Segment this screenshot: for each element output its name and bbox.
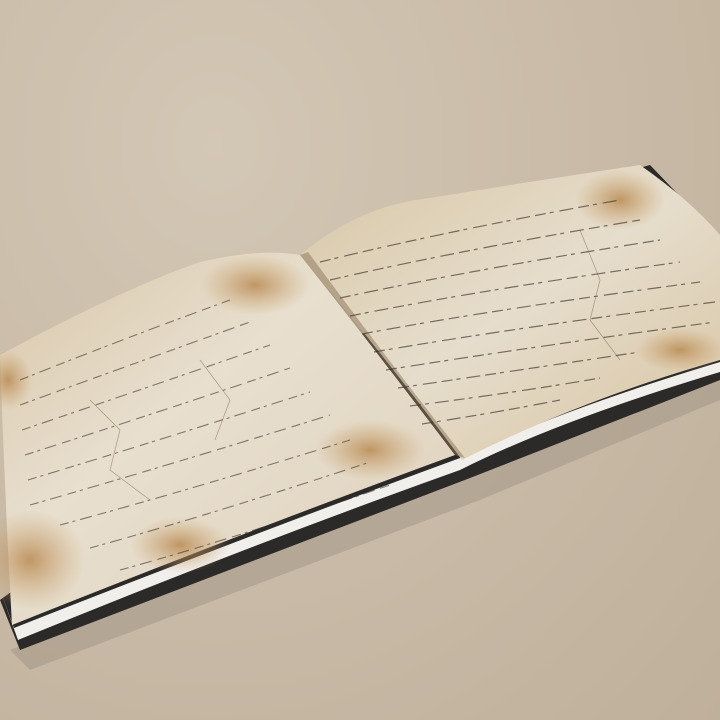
product-photo: Open book with aged handwritten manuscri… [0,0,720,720]
open-book [0,0,720,720]
